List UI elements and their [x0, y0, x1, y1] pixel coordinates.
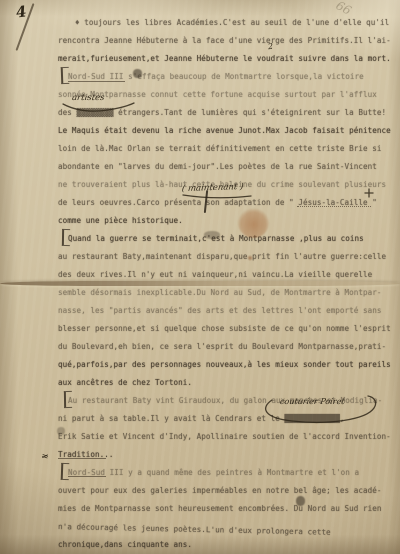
fold-crease: [0, 281, 400, 286]
ink-stain: [238, 208, 269, 238]
typed-line: blesser personne,et si quelque chose sub…: [58, 320, 400, 338]
page-number: 4: [15, 2, 28, 21]
insertion-cross-mark: [364, 188, 374, 198]
paragraph-bracket-mark: [61, 463, 70, 480]
typed-line: chronique,dans cinquante ans.: [58, 536, 400, 554]
manuscript-page: 4 66 ♦ toujours les libres Académies.C'e…: [0, 0, 400, 554]
ink-dot: [247, 255, 253, 261]
typed-line: abondante en "larves du demi-jour".Les p…: [58, 158, 400, 176]
typed-line: ♦ toujours les libres Académies.C'est au…: [58, 14, 400, 32]
ink-smudge: [133, 69, 142, 78]
handwritten-margin-mark: ≠: [40, 451, 51, 463]
ink-smudge: [204, 231, 220, 239]
typed-line: du Boulevard,eh bien, ce sera l'esprit d…: [58, 338, 400, 356]
typed-line: Quand la guerre se terminait,c'est à Mon…: [58, 230, 400, 248]
typed-line: Le Maquis était devenu la riche avenue J…: [58, 122, 400, 140]
typed-line: semble désormais inexplicable.Du Nord au…: [58, 284, 400, 302]
typed-line: loin de là.Mac Orlan se terrait définiti…: [58, 140, 400, 158]
typed-line: Nord-Sud III y a quand même des peintres…: [58, 464, 400, 482]
underline-mark: [58, 458, 106, 459]
typed-line: rencontra Jeanne Hébuterne à la face d'u…: [58, 32, 400, 50]
typed-line: qué,parfois,par des personnages nouveaux…: [58, 356, 400, 374]
ink-smudge: [57, 427, 65, 435]
handwritten-mark-above-line: 2: [268, 42, 274, 51]
typed-line: aux ancêtres de chez Tortoni.: [58, 374, 400, 392]
typed-line: ouvert pour eux des galeries imperméable…: [58, 482, 400, 500]
paragraph-bracket-mark: [64, 391, 72, 408]
ink-swoosh: [181, 193, 253, 201]
typed-line: nasse, les "partis avancés" des arts et …: [58, 302, 400, 320]
underline-mark: [68, 476, 106, 477]
typed-line: Nord-Sud III s'effaça beaucoup de Montma…: [58, 68, 400, 86]
ink-swoosh: [258, 392, 384, 428]
ink-swoosh: [60, 101, 138, 115]
ink-smudge: [296, 496, 305, 506]
typed-line: Erik Satie et Vincent d'Indy, Apollinair…: [58, 428, 400, 446]
typed-line: mies de Montparnasse sont heureusement e…: [58, 500, 400, 518]
paragraph-bracket-mark: [62, 229, 70, 246]
typed-line: comme une pièce historique.: [58, 212, 400, 230]
typed-line: au restaurant Baty,maintenant disparu,qu…: [58, 248, 400, 266]
typed-line: Tradition...: [58, 446, 400, 464]
typed-line: merait,furieusement,et Jeanne Hébuterne …: [58, 50, 400, 68]
underline-mark: [68, 81, 125, 82]
underline-mark: [297, 206, 371, 207]
